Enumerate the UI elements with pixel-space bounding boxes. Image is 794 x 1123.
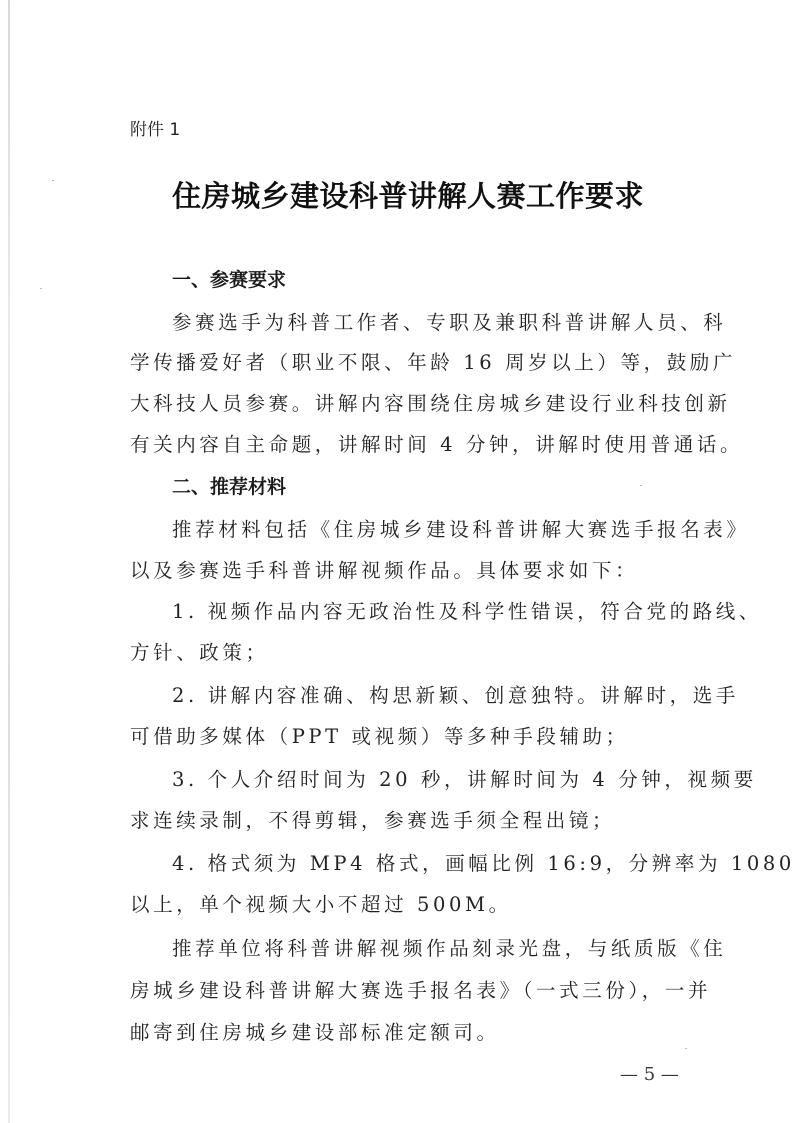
scan-speck [52, 180, 54, 181]
list-item-3-line: 3. 个人介绍时间为 20 秒，讲解时间为 4 分钟，视频要 [172, 764, 757, 792]
section-heading-recommended-materials: 二、推荐材料 [172, 472, 286, 499]
list-item-2-line: 可借助多媒体（PPT 或视频）等多种手段辅助； [130, 721, 629, 749]
list-item-1-line: 1. 视频作品内容无政治性及科学性错误，符合党的路线、 [172, 596, 762, 624]
list-item-4-line: 4. 格式须为 MP4 格式，画幅比例 16:9，分辨率为 1080p [172, 848, 794, 876]
paragraph-line: 大科技人员参赛。讲解内容围绕住房城乡建设行业科技创新 [130, 388, 731, 416]
list-item-2-line: 2. 讲解内容准确、构思新颖、创意独特。讲解时，选手 [172, 680, 739, 708]
scan-speck [40, 288, 42, 289]
paragraph-line: 学传播爱好者（职业不限、年龄 16 周岁以上）等，鼓励广 [130, 347, 736, 375]
paragraph-line: 推荐单位将科普讲解视频作品刻录光盘，与纸质版《住 [172, 933, 726, 961]
document-title: 住房城乡建设科普讲解人赛工作要求 [172, 174, 644, 215]
paragraph-line: 以及参赛选手科普讲解视频作品。具体要求如下： [130, 555, 638, 583]
list-item-3-line: 求连续录制，不得剪辑，参赛选手须全程出镜； [130, 805, 615, 833]
paragraph-line: 参赛选手为科普工作者、专职及兼职科普讲解人员、科 [172, 307, 726, 335]
paragraph-line: 有关内容自主命题，讲解时间 4 分钟，讲解时使用普通话。 [130, 429, 743, 457]
list-item-4-line: 以上，单个视频大小不超过 500M。 [130, 889, 512, 917]
scan-speck [640, 485, 642, 486]
attachment-label: 附件 1 [130, 115, 180, 140]
page-number: — 5 — [620, 1064, 679, 1085]
paragraph-line: 房城乡建设科普讲解大赛选手报名表》（一式三份），一并 [130, 975, 711, 1003]
scan-speck [685, 1048, 687, 1049]
section-heading-participation-requirements: 一、参赛要求 [172, 265, 286, 292]
paragraph-line: 邮寄到住房城乡建设部标准定额司。 [130, 1017, 500, 1045]
scan-edge-artifact [8, 0, 10, 1123]
list-item-1-line: 方针、政策； [130, 637, 269, 665]
paragraph-line: 推荐材料包括《住房城乡建设科普讲解大赛选手报名表》 [172, 514, 750, 542]
